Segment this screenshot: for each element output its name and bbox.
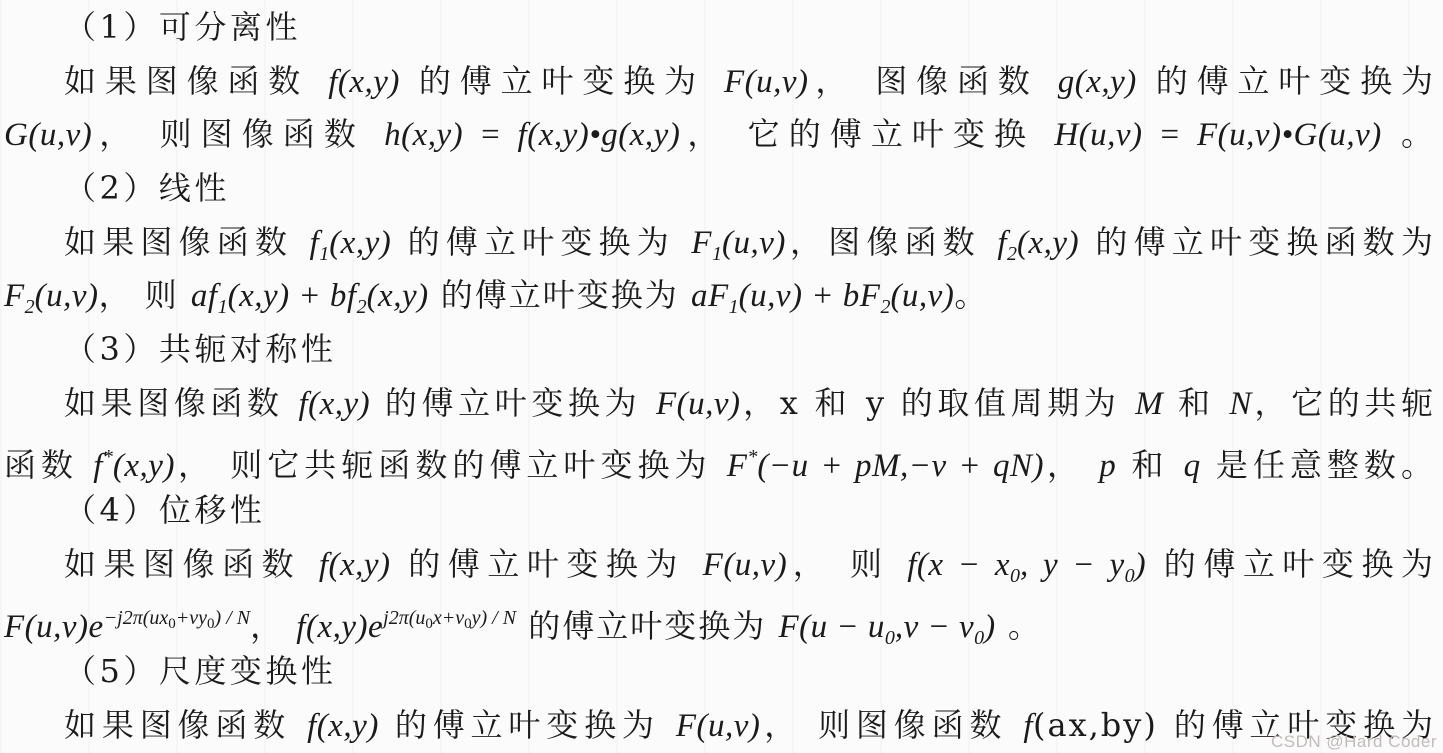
text-run: 的傅立叶变换函数为	[1079, 223, 1435, 261]
text-run: 的傅立叶变换为	[516, 607, 778, 645]
math-expression: h(x,y) = f(x,y)•g(x,y)	[384, 117, 680, 153]
math-expression: F	[691, 225, 712, 261]
text-run: −j2π(ux	[104, 607, 169, 629]
math-expression: G(u,v)	[4, 117, 92, 153]
text-run: 如果图像函数	[64, 384, 298, 422]
text-run: 的傅立叶变换为	[370, 384, 656, 422]
superscript: *	[103, 446, 113, 468]
math-expression: N	[1229, 386, 1252, 422]
math-expression: (x,y)	[329, 225, 391, 261]
math-expression: f(x,y)	[298, 386, 370, 422]
section-heading-4: （4）位移性	[4, 484, 1435, 538]
paragraph-4-line-2: F(u,v)e−j2π(ux0+vy0) / N， f(x,y)ej2π(u0x…	[4, 592, 1435, 646]
text-run: 函数	[4, 446, 93, 484]
text-run: 的傅立叶变换为	[429, 276, 691, 314]
paragraph-1-line-2: G(u,v)， 则图像函数 h(x,y) = f(x,y)•g(x,y)， 它的…	[4, 108, 1435, 162]
text-run: *	[103, 446, 113, 468]
text-run: ， 则	[787, 545, 907, 583]
math-expression: F(u,v)	[703, 547, 788, 583]
section-heading-1: （1）可分离性	[4, 1, 1435, 55]
text-run: 的傅立叶变换为	[1137, 62, 1435, 100]
paragraph-3-line-2: 函数 f*(x,y)， 则它共轭函数的傅立叶变换为 F*(−u + pM,−v …	[4, 431, 1435, 485]
text-run: j2π(u	[383, 607, 425, 629]
text-run: ) / N	[215, 607, 251, 629]
subscript: 2	[1007, 243, 1017, 265]
paragraph-4-line-1: 如果图像函数 f(x,y) 的傅立叶变换为 F(u,v)， 则 f(x − x0…	[4, 538, 1435, 592]
text-run: ， 则它共轭函数的傅立叶变换为	[175, 446, 727, 484]
text-run: 0	[168, 616, 176, 632]
section-heading-2: （2）线性	[4, 162, 1435, 216]
text-run: ，x 和 y 的取值周期为	[741, 384, 1136, 422]
paragraph-3-line-1: 如果图像函数 f(x,y) 的傅立叶变换为 F(u,v)，x 和 y 的取值周期…	[4, 377, 1435, 431]
scanned-document-page: （1）可分离性如果图像函数 f(x,y) 的傅立叶变换为 F(u,v)， 图像函…	[0, 0, 1443, 753]
text-run: （1）可分离性	[64, 8, 301, 46]
math-expression: f(x,y)	[319, 547, 391, 583]
text-run: ， 则	[99, 276, 191, 314]
superscript: j2π(u0x+v0y) / N	[383, 607, 516, 629]
text-run: 如果图像函数	[64, 545, 319, 583]
text-run: ，	[250, 607, 296, 645]
math-expression: (u,v)	[890, 278, 954, 314]
section-heading-3: （3）共轭对称性	[4, 323, 1435, 377]
paragraph-2-line-1: 如果图像函数 f1(x,y) 的傅立叶变换为 F1(u,v)，图像函数 f2(x…	[4, 216, 1435, 270]
text-run: 0	[464, 616, 472, 632]
text-run: 。	[954, 276, 988, 314]
math-expression: q	[1184, 448, 1201, 484]
math-expression: (x,y) + bf	[228, 278, 357, 314]
subscript: 1	[319, 243, 329, 265]
text-run: ，它的共轭	[1252, 384, 1435, 422]
math-expression: p	[1099, 448, 1116, 484]
subscript: 1	[729, 296, 739, 318]
superscript: −j2π(ux0+vy0) / N	[104, 607, 250, 629]
math-expression: M	[1135, 386, 1163, 422]
subscript: 0	[1125, 565, 1135, 587]
math-expression: (u,v)	[35, 278, 99, 314]
math-expression: F	[727, 448, 748, 484]
text-run: ， 则图像函数	[92, 115, 384, 153]
document-body: （1）可分离性如果图像函数 f(x,y) 的傅立叶变换为 F(u,v)， 图像函…	[4, 1, 1435, 753]
text-run: 的傅立叶变换为	[1146, 545, 1435, 583]
subscript: 1	[218, 296, 228, 318]
text-run: ， 图像函数	[809, 62, 1058, 100]
text-run: 0	[207, 616, 215, 632]
text-run: 的傅立叶变换为	[391, 545, 703, 583]
text-run: 如果图像函数	[64, 706, 307, 744]
text-run: ， 它的傅立叶变换	[680, 115, 1054, 153]
text-run: 和	[1163, 384, 1229, 422]
text-run: 和	[1116, 446, 1183, 484]
text-run: 如果图像函数	[64, 223, 310, 261]
math-expression: f(x,y)	[328, 64, 400, 100]
math-expression: f(x,y)	[307, 708, 379, 744]
text-run: 。	[1382, 115, 1435, 153]
text-run: x+v	[433, 607, 464, 629]
math-expression: F(u,v)	[724, 64, 809, 100]
math-expression: f(x,y)e	[296, 609, 383, 645]
superscript: *	[747, 446, 757, 468]
paragraph-5-line-1: 如果图像函数 f(x,y) 的傅立叶变换为 F(u,v)， 则图像函数 f(ax…	[4, 699, 1435, 753]
math-expression: f	[997, 225, 1007, 261]
math-expression: H(u,v) = F(u,v)•G(u,v)	[1054, 117, 1381, 153]
text-run: （2）线性	[64, 169, 230, 207]
subscript: 0	[1010, 565, 1020, 587]
math-expression: f	[93, 448, 103, 484]
math-expression: (x,y)	[113, 448, 175, 484]
text-run: *	[747, 446, 757, 468]
subscript: 2	[880, 296, 890, 318]
math-expression: , y − y	[1020, 547, 1125, 583]
math-expression: (u,v)	[722, 225, 786, 261]
math-expression: )	[1135, 547, 1147, 583]
math-expression: F(u,v)	[656, 386, 741, 422]
math-expression: (x,y)	[367, 278, 429, 314]
math-expression: af	[191, 278, 218, 314]
text-run: +vy	[176, 607, 207, 629]
text-run: 如果图像函数	[64, 62, 328, 100]
math-expression: g(x,y)	[1058, 64, 1137, 100]
math-expression: F(u,v)	[676, 708, 761, 744]
math-expression: F	[4, 278, 25, 314]
math-expression: (x,y)	[1017, 225, 1079, 261]
text-run: （4）位移性	[64, 491, 265, 529]
text-run: (ax,by)	[1033, 706, 1158, 744]
text-run: （5）尺度变换性	[64, 652, 336, 690]
text-run: 0	[425, 616, 433, 632]
text-run: 是任意整数。	[1201, 446, 1435, 484]
text-run: ， 则图像函数	[760, 706, 1023, 744]
text-run: ，	[1044, 446, 1099, 484]
section-heading-5: （5）尺度变换性	[4, 645, 1435, 699]
math-expression: f	[1023, 708, 1033, 744]
text-run: 的傅立叶变换为	[391, 223, 691, 261]
math-expression: (−u + pM,−v + qN)	[757, 448, 1044, 484]
subscript: 2	[25, 296, 35, 318]
text-run: 。	[996, 607, 1042, 645]
math-expression: F(u − u	[778, 609, 884, 645]
text-run: 的傅立叶变换为	[400, 62, 724, 100]
subscript: 2	[357, 296, 367, 318]
math-expression: (u,v) + bF	[739, 278, 881, 314]
paragraph-1-line-1: 如果图像函数 f(x,y) 的傅立叶变换为 F(u,v)， 图像函数 g(x,y…	[4, 55, 1435, 109]
text-run: ，图像函数	[786, 223, 998, 261]
math-expression: )	[984, 609, 996, 645]
subscript: 1	[712, 243, 722, 265]
watermark: CSDN @Hard Coder	[1271, 732, 1437, 752]
math-expression: ,v − v	[895, 609, 974, 645]
math-expression: aF	[691, 278, 729, 314]
math-expression: F(u,v)e	[4, 609, 104, 645]
paragraph-2-line-2: F2(u,v)， 则 af1(x,y) + bf2(x,y) 的傅立叶变换为 a…	[4, 269, 1435, 323]
math-expression: f(x − x	[907, 547, 1010, 583]
text-run: 的傅立叶变换为	[379, 706, 676, 744]
text-run: （3）共轭对称性	[64, 330, 336, 368]
text-run: y) / N	[472, 607, 516, 629]
math-expression: f	[310, 225, 320, 261]
